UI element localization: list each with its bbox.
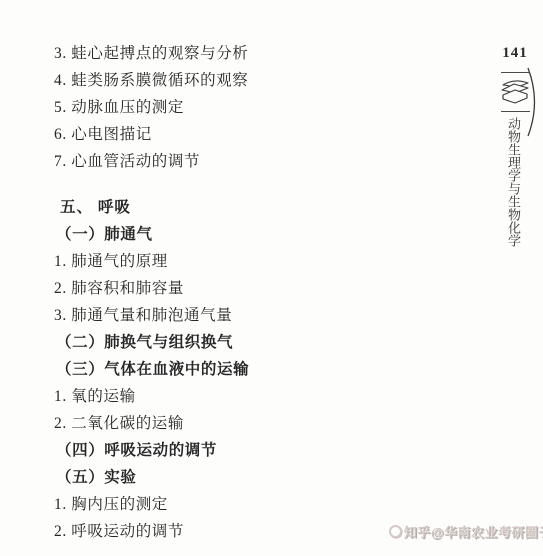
toc-line: 4. 蛙类肠系膜微循环的观察 [52, 71, 452, 90]
toc-line: 1. 肺通气的原理 [52, 252, 452, 271]
watermark-text: 知乎@华南农业考研圈子 [404, 522, 543, 541]
watermark-logo-icon [389, 525, 402, 538]
toc-line: 3. 肺通气量和肺泡通气量 [52, 306, 452, 325]
toc-subsection-title: （五）实验 [52, 468, 452, 487]
toc-line: 3. 蛙心起搏点的观察与分析 [52, 44, 452, 63]
toc-list: 3. 蛙心起搏点的观察与分析 4. 蛙类肠系膜微循环的观察 5. 动脉血压的测定… [52, 44, 452, 549]
toc-line: 5. 动脉血压的测定 [52, 98, 452, 117]
scanned-book-page: 3. 蛙心起搏点的观察与分析 4. 蛙类肠系膜微循环的观察 5. 动脉血压的测定… [0, 0, 543, 556]
toc-line: 1. 氧的运输 [52, 387, 452, 406]
watermark: 知乎@华南农业考研圈子 [389, 520, 543, 542]
book-title-vertical: 动物生理学与生物化学 [505, 117, 521, 257]
toc-line: 6. 心电图描记 [52, 125, 452, 144]
toc-line: 2. 肺容积和肺容量 [52, 279, 452, 298]
toc-subsection-title: （三）气体在血液中的运输 [52, 360, 452, 379]
toc-line: 2. 二氧化碳的运输 [52, 414, 452, 433]
page-number: 141 [498, 45, 532, 62]
toc-line: 1. 胸内压的测定 [52, 495, 452, 514]
toc-subsection-title: （四）呼吸运动的调节 [52, 441, 452, 460]
toc-section-title: 五、 呼吸 [52, 198, 452, 217]
toc-line: 7. 心血管活动的调节 [52, 152, 452, 171]
bracket-decoration [525, 66, 542, 138]
toc-subsection-title: （一）肺通气 [52, 225, 452, 244]
toc-subsection-title: （二）肺换气与组织换气 [52, 333, 452, 352]
